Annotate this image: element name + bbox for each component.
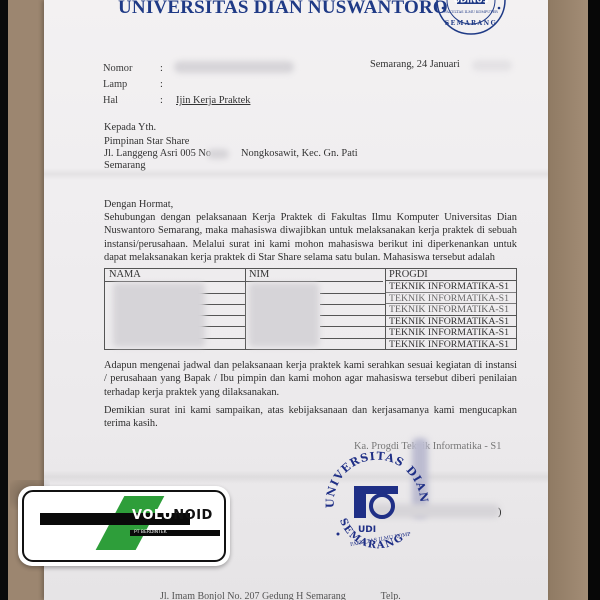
students-table: NAMA NIM PROGDI TEKNIK INFORMATIKA-S1 TE… [104, 268, 517, 350]
nomor-label: Nomor [103, 63, 132, 74]
svg-text:UNIVERSITAS DIAN NUSW: UNIVERSITAS DIAN NUSW [322, 448, 431, 508]
subject-value: Ijin Kerja Praktek [176, 95, 250, 106]
udinus-logo-icon: UDINUS SEMARANG FAKULTAS ILMU KOMPUTER [430, 0, 512, 36]
table-header-nim: NIM [249, 269, 269, 280]
signature-closing-paren: ) [498, 507, 501, 518]
hal-label: Hal [103, 95, 118, 106]
table-row-line [320, 293, 385, 294]
photo-edge-right [588, 0, 600, 600]
recipient-line2: Pimpinan Star Share [104, 136, 189, 147]
paragraph-closing: Demikian surat ini kami sampaikan, atas … [104, 404, 517, 431]
student-names-redacted [113, 283, 205, 347]
paper-fold [44, 470, 548, 484]
table-header-line [105, 281, 383, 282]
recipient-address-b: Nongkosawit, Kec. Gn. Pati [241, 148, 358, 159]
svg-text:UDI: UDI [358, 525, 376, 535]
footer-address-text: Jl. Imam Bonjol No. 207 Gedung H Semaran… [160, 591, 346, 600]
table-row-progdi: TEKNIK INFORMATIKA-S1 [385, 315, 516, 327]
table-surface-right [548, 0, 588, 600]
year-redacted [472, 60, 512, 71]
table-header-nama: NAMA [109, 269, 141, 280]
table-row-progdi: TEKNIK INFORMATIKA-S1 [385, 303, 516, 315]
table-row-progdi: TEKNIK INFORMATIKA-S1 [385, 292, 516, 304]
table-row-line [320, 338, 385, 339]
table-row-line [320, 315, 385, 316]
table-header-progdi: PROGDI [389, 269, 428, 280]
footer-address: Jl. Imam Bonjol No. 207 Gedung H Semaran… [160, 591, 401, 600]
student-nims-redacted [249, 283, 319, 347]
sticker-subtitle: PT BERDINTEK [130, 530, 220, 536]
paragraph-schedule: Adapun mengenai jadwal dan pelaksanaan k… [104, 359, 517, 399]
svg-text:UDINUS: UDINUS [453, 0, 488, 5]
svg-text:SEMARANG: SEMARANG [445, 20, 497, 27]
faculty-stamp-icon: UNIVERSITAS DIAN NUSW SEMARANG UDI FAKUL… [322, 448, 432, 558]
recipient-city: Semarang [104, 160, 146, 171]
recipient-line1: Kepada Yth. [104, 122, 156, 133]
lamp-separator: : [160, 79, 163, 90]
table-row-line [320, 304, 385, 305]
paragraph-intro: Sehubungan dengan pelaksanaan Kerja Prak… [104, 211, 517, 265]
volunoid-watermark-sticker: VOLUNOID PT BERDINTEK [18, 486, 230, 566]
lamp-label: Lamp [103, 79, 127, 90]
footer-telp-label: Telp. [381, 591, 401, 600]
nomor-separator: : [160, 63, 163, 74]
university-letterhead-title: UNIVERSITAS DIAN NUSWANTORO [118, 0, 448, 19]
nomor-value-redacted [174, 61, 294, 73]
place-date: Semarang, 24 Januari [370, 59, 460, 70]
sticker-brand-name: VOLUNOID [132, 508, 213, 523]
table-row-progdi: TEKNIK INFORMATIKA-S1 [385, 326, 516, 338]
address-number-redacted [207, 149, 229, 159]
svg-text:FAKULTAS ILMU KOMPUTER: FAKULTAS ILMU KOMPUTER [444, 10, 498, 14]
hal-separator: : [160, 95, 163, 106]
salutation: Dengan Hormat, [104, 199, 173, 210]
table-row-line [320, 326, 385, 327]
recipient-address-a: Jl. Langgeng Asri 005 No [104, 148, 211, 159]
table-row-progdi: TEKNIK INFORMATIKA-S1 [385, 280, 516, 292]
table-row-progdi: TEKNIK INFORMATIKA-S1 [385, 338, 516, 350]
